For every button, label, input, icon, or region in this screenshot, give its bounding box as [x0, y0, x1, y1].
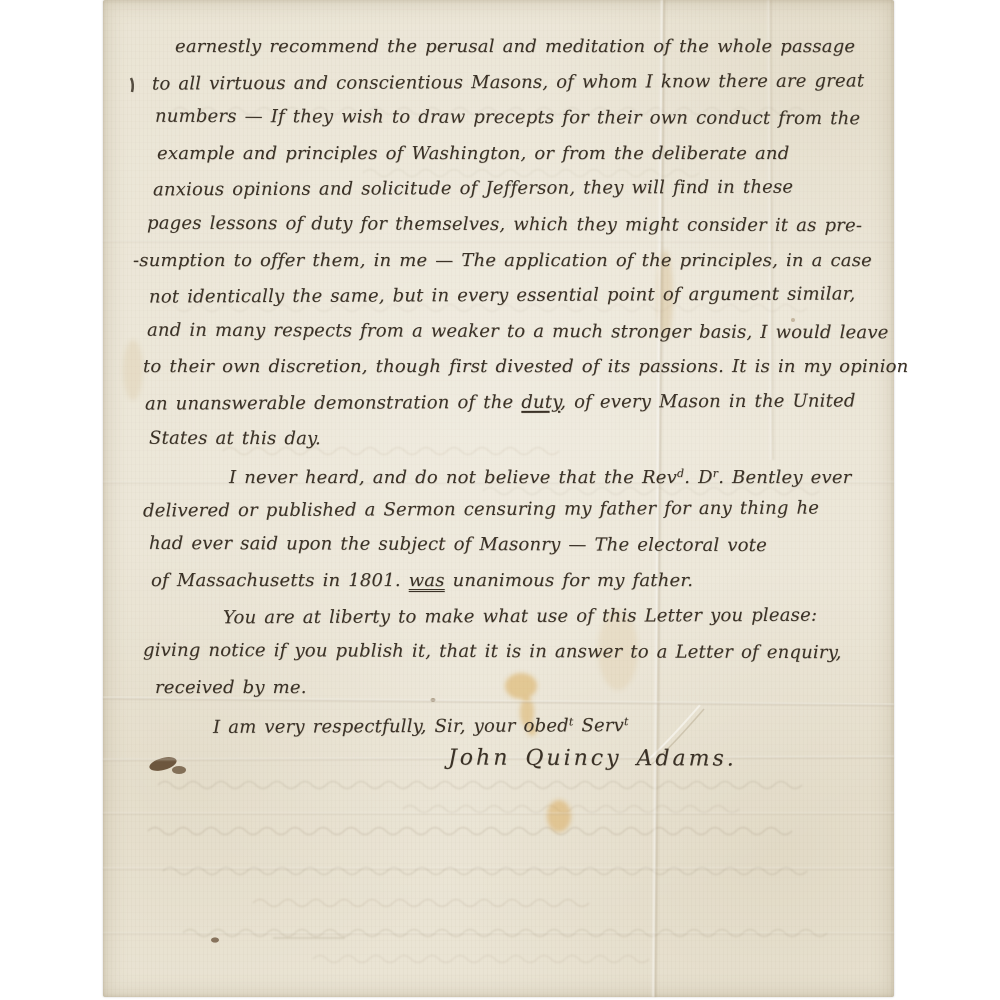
- letter-line-14: delivered or published a Sermon censurin…: [143, 495, 819, 524]
- letter-line-10: to their own discretion, though first di…: [143, 354, 908, 380]
- letter-line-5: anxious opinions and solicitude of Jeffe…: [153, 175, 793, 204]
- letter-line-19: received by me.: [155, 675, 307, 701]
- letter-line-7: -sumption to offer them, in me — The app…: [133, 248, 872, 274]
- letter-line-15: had ever said upon the subject of Masonr…: [149, 531, 767, 559]
- letter-line-21: John Quincy Adams.: [448, 745, 737, 772]
- letter-line-1: earnestly recommend the perusal and medi…: [175, 34, 855, 60]
- letter-line-3: numbers — If they wish to draw precepts …: [155, 104, 860, 132]
- letter-line-17: You are at liberty to make what use of t…: [223, 602, 817, 631]
- letter-line-16: of Massachusetts in 1801. was unanimous …: [151, 568, 693, 594]
- letter-line-9: and in many respects from a weaker to a …: [147, 318, 889, 347]
- letter-body: earnestly recommend the perusal and medi…: [103, 0, 894, 997]
- letter-line-18: giving notice if you publish it, that it…: [143, 638, 842, 666]
- letter-line-20: I am very respectfully, Sir, your obedt …: [213, 709, 629, 741]
- letter-line-13: I never heard, and do not believe that t…: [229, 461, 852, 491]
- letter-line-6: pages lessons of duty for themselves, wh…: [147, 211, 862, 239]
- letter-line-11: an unanswerable demonstration of the dut…: [145, 388, 856, 417]
- manuscript-page: earnestly recommend the perusal and medi…: [103, 0, 894, 997]
- letter-line-12: States at this day.: [149, 425, 321, 452]
- letter-line-8: not identically the same, but in every e…: [149, 282, 856, 311]
- letter-line-2: to all virtuous and conscientious Masons…: [152, 68, 864, 97]
- scanned-letter-photo: earnestly recommend the perusal and medi…: [0, 0, 1000, 1000]
- letter-line-4: example and principles of Washington, or…: [157, 141, 789, 167]
